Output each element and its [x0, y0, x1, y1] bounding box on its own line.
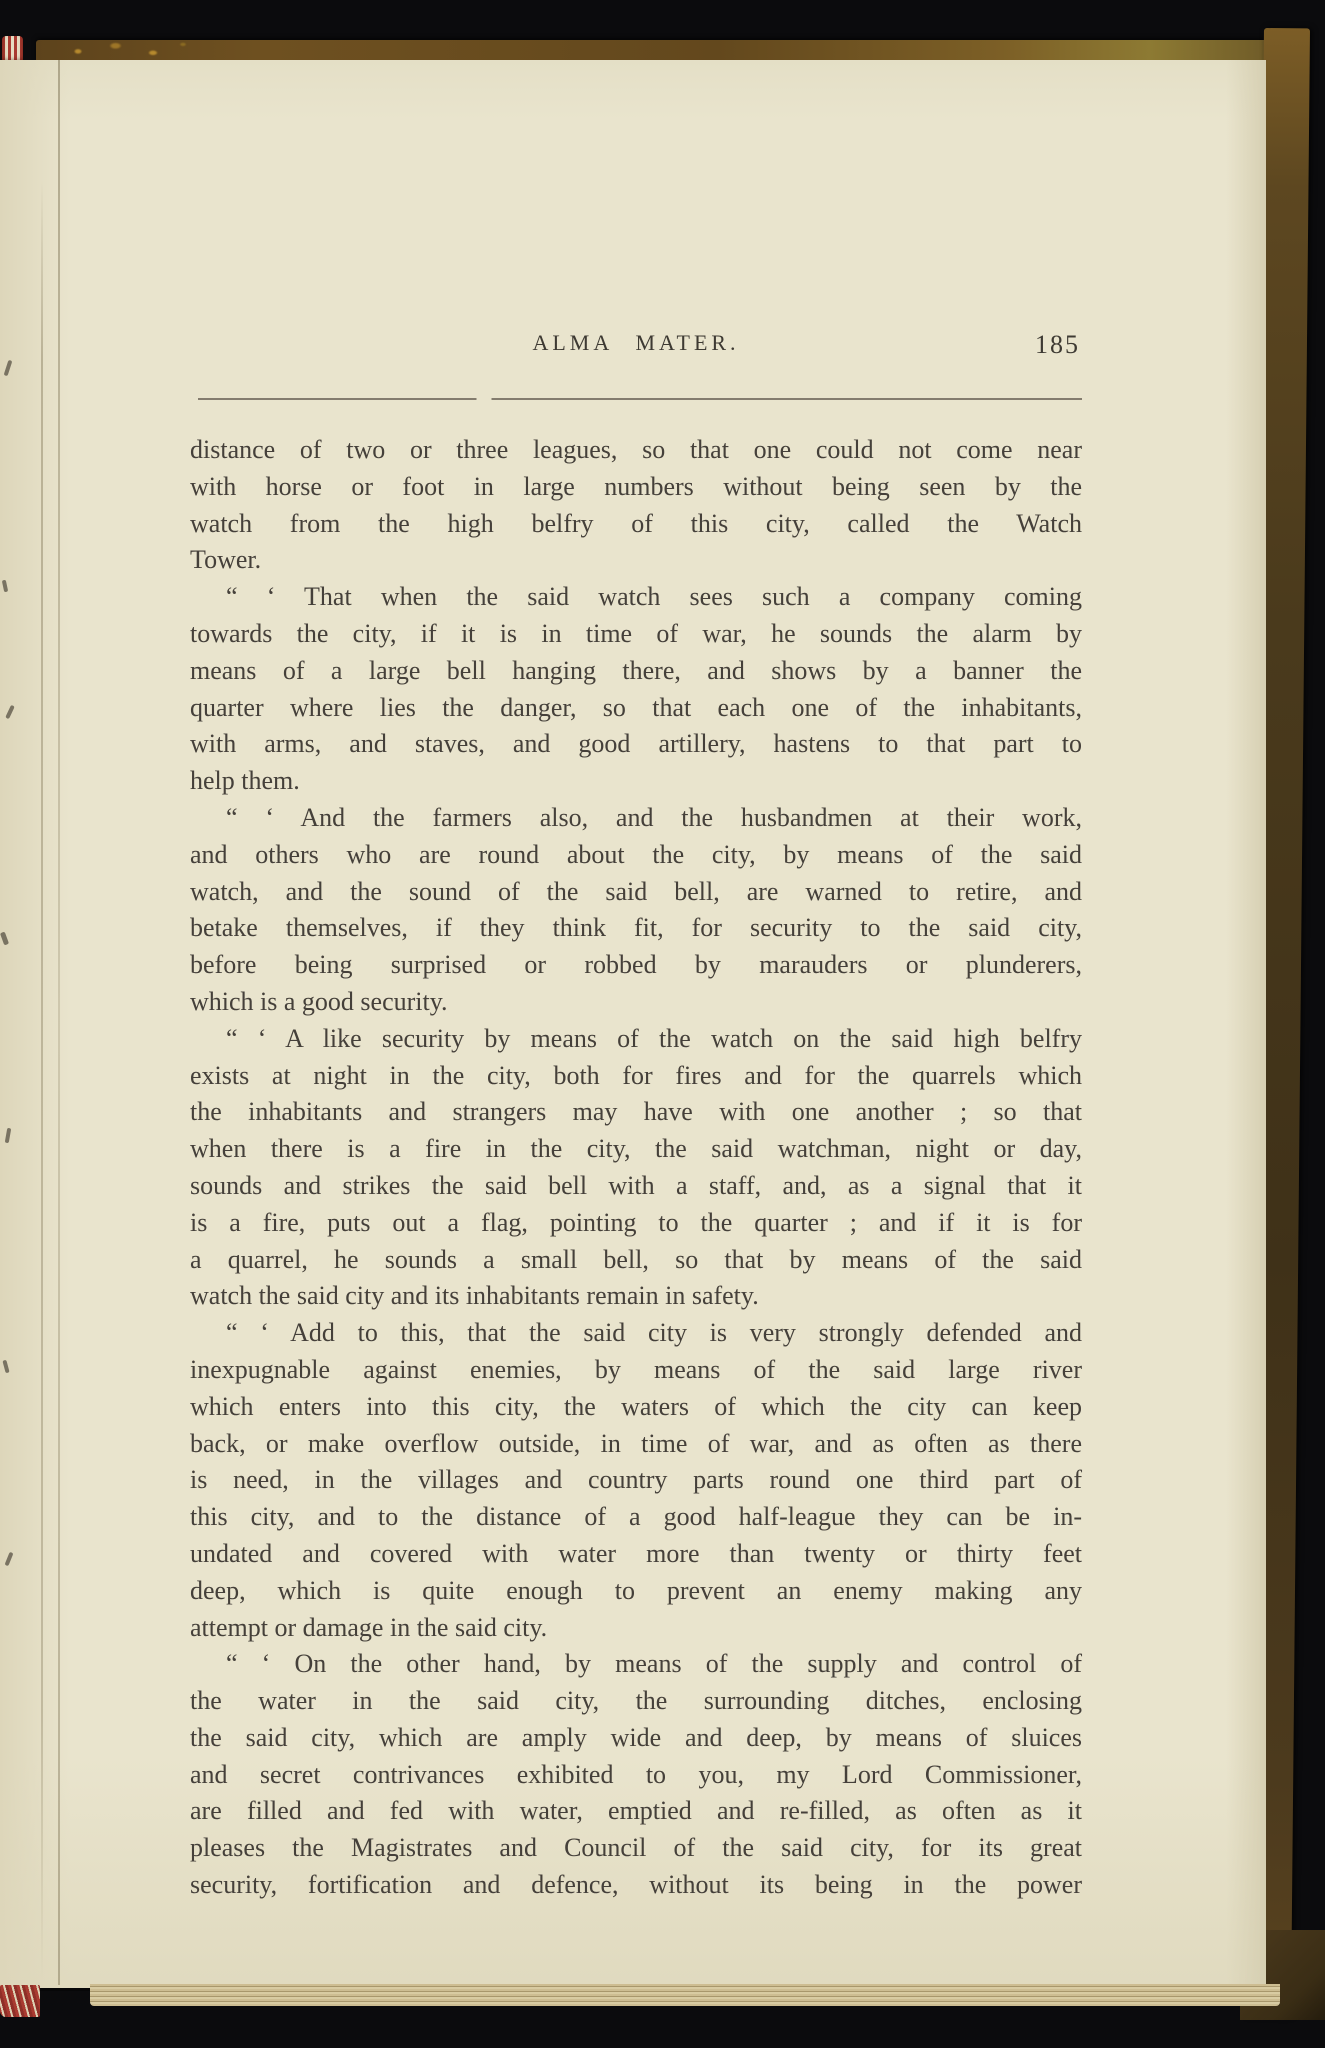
page-edge-mark: [2, 1360, 9, 1374]
text-line: quarter where lies the danger, so that e…: [190, 690, 1082, 727]
text-line: and others who are round about the city,…: [190, 837, 1082, 874]
text-line: watch, and the sound of the said bell, a…: [190, 874, 1082, 911]
page-edge-mark: [4, 360, 13, 376]
text-line: “ ‘ On the other hand, by means of the s…: [190, 1646, 1082, 1683]
text-line: this city, and to the distance of a good…: [190, 1499, 1082, 1536]
paragraph: “ ‘ That when the said watch sees such a…: [190, 579, 1082, 800]
text-line: towards the city, if it is in time of wa…: [190, 616, 1082, 653]
text-line: when there is a fire in the city, the sa…: [190, 1131, 1082, 1168]
text-line: the water in the said city, the surround…: [190, 1683, 1082, 1720]
text-line: before being surprised or robbed by mara…: [190, 947, 1082, 984]
text-line: security, fortification and defence, wit…: [190, 1867, 1082, 1904]
text-line: undated and covered with water more than…: [190, 1536, 1082, 1573]
text-line: attempt or damage in the said city.: [190, 1610, 1082, 1647]
header-rule: [198, 398, 1082, 400]
text-line: are filled and fed with water, emptied a…: [190, 1793, 1082, 1830]
text-line: pleases the Magistrates and Council of t…: [190, 1830, 1082, 1867]
spine-headband-top: [2, 36, 23, 63]
page-number: 185: [1035, 330, 1080, 360]
text-line: distance of two or three leagues, so tha…: [190, 432, 1082, 469]
text-line: Tower.: [190, 542, 1082, 579]
page-edge-mark: [0, 932, 9, 946]
page-edge-mark: [5, 1128, 12, 1143]
text-line: betake themselves, if they think fit, fo…: [190, 910, 1082, 947]
page-edge-mark: [2, 580, 8, 593]
page-header-row: ALMA MATER. 185: [190, 330, 1082, 364]
page-edge-crease: [41, 180, 43, 1980]
text-line: the said city, which are amply wide and …: [190, 1720, 1082, 1757]
text-line: “ ‘ That when the said watch sees such a…: [190, 579, 1082, 616]
text-line: help them.: [190, 763, 1082, 800]
text-line: “ ‘ A like security by means of the watc…: [190, 1021, 1082, 1058]
text-line: watch the said city and its inhabitants …: [190, 1278, 1082, 1315]
paragraph: “ ‘ And the farmers also, and the husban…: [190, 800, 1082, 1021]
text-line: the inhabitants and strangers may have w…: [190, 1094, 1082, 1131]
book-cover-top-edge: [36, 40, 1274, 62]
text-line: a quarrel, he sounds a small bell, so th…: [190, 1242, 1082, 1279]
text-line: watch from the high belfry of this city,…: [190, 506, 1082, 543]
text-line: which enters into this city, the waters …: [190, 1389, 1082, 1426]
text-line: with horse or foot in large numbers with…: [190, 469, 1082, 506]
text-line: is a fire, puts out a flag, pointing to …: [190, 1205, 1082, 1242]
spine-headband-bottom: [0, 1985, 40, 2017]
page-edge-mark: [5, 705, 15, 719]
text-line: “ ‘ Add to this, that the said city is v…: [190, 1315, 1082, 1352]
page-edge-crease: [58, 60, 60, 1985]
book-page: ALMA MATER. 185 distance of two or three…: [0, 60, 1266, 1988]
paragraph: “ ‘ Add to this, that the said city is v…: [190, 1315, 1082, 1646]
text-line: sounds and strikes the said bell with a …: [190, 1168, 1082, 1205]
text-line: back, or make overflow outside, in time …: [190, 1426, 1082, 1463]
running-header: ALMA MATER.: [190, 330, 1082, 356]
text-line: “ ‘ And the farmers also, and the husban…: [190, 800, 1082, 837]
page-edge-mark: [5, 1552, 14, 1566]
page-bottom-edges: [90, 1984, 1280, 2006]
text-line: deep, which is quite enough to prevent a…: [190, 1573, 1082, 1610]
text-line: with arms, and staves, and good artiller…: [190, 726, 1082, 763]
paragraph: “ ‘ On the other hand, by means of the s…: [190, 1646, 1082, 1904]
text-line: and secret contrivances exhibited to you…: [190, 1757, 1082, 1794]
text-line: which is a good security.: [190, 984, 1082, 1021]
text-line: exists at night in the city, both for fi…: [190, 1058, 1082, 1095]
book-photo: ALMA MATER. 185 distance of two or three…: [0, 0, 1325, 2048]
paragraph: distance of two or three leagues, so tha…: [190, 432, 1082, 579]
text-line: means of a large bell hanging there, and…: [190, 653, 1082, 690]
text-body: distance of two or three leagues, so tha…: [190, 432, 1082, 1904]
text-line: is need, in the villages and country par…: [190, 1462, 1082, 1499]
paragraph: “ ‘ A like security by means of the watc…: [190, 1021, 1082, 1315]
text-line: inexpugnable against enemies, by means o…: [190, 1352, 1082, 1389]
